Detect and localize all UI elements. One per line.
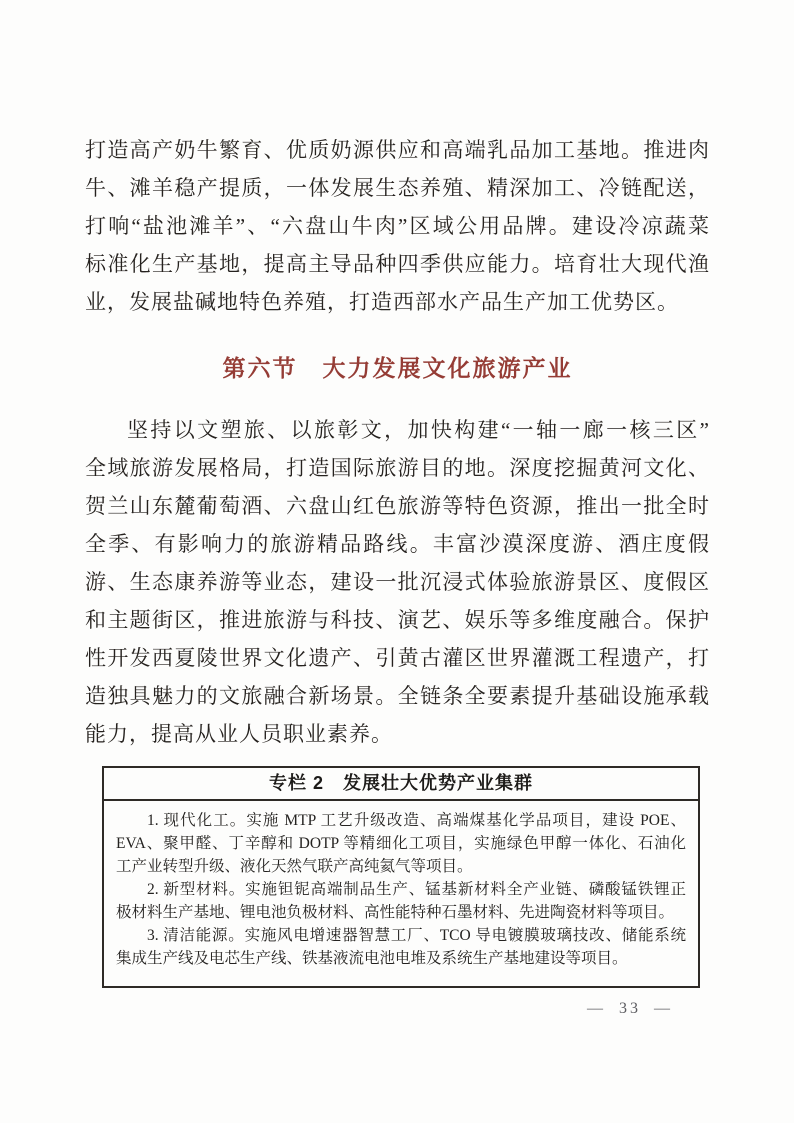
- text-line: 标准化生产基地，提高主导品种四季供应能力。培育壮大现代渔: [85, 245, 710, 283]
- text-line: 1. 现代化工。实施 MTP 工艺升级改造、高端煤基化学品项目，建设 POE、: [116, 809, 686, 832]
- callout-box: 专栏 2 发展壮大优势产业集群 1. 现代化工。实施 MTP 工艺升级改造、高端…: [102, 766, 700, 988]
- text-line: 能力，提高从业人员职业素养。: [85, 715, 710, 753]
- paragraph-culture-tourism: 坚持以文塑旅、以旅彰文，加快构建“一轴一廊一核三区”全域旅游发展格局，打造国际旅…: [85, 411, 710, 753]
- text-line: 集成生产线及电芯生产线、铁基液流电池电堆及系统生产基地建设等项目。: [116, 947, 686, 970]
- text-line: 打造高产奶牛繁育、优质奶源供应和高端乳品加工基地。推进肉: [85, 131, 710, 169]
- callout-box-content: 1. 现代化工。实施 MTP 工艺升级改造、高端煤基化学品项目，建设 POE、E…: [104, 801, 698, 986]
- text-line: 工产业转型升级、液化天然气联产高纯氦气等项目。: [116, 855, 686, 878]
- text-line: 2. 新型材料。实施钽铌高端制品生产、锰基新材料全产业链、磷酸锰铁锂正: [116, 878, 686, 901]
- text-line: 全季、有影响力的旅游精品路线。丰富沙漠深度游、酒庄度假: [85, 525, 710, 563]
- page-number: — 33 —: [555, 1000, 705, 1018]
- text-line: 3. 清洁能源。实施风电增速器智慧工厂、TCO 导电镀膜玻璃技改、储能系统: [116, 924, 686, 947]
- text-line: 打响“盐池滩羊”、“六盘山牛肉”区域公用品牌。建设冷凉蔬菜: [85, 207, 710, 245]
- section-heading: 第六节 大力发展文化旅游产业: [85, 351, 710, 385]
- text-line: 业，发展盐碱地特色养殖，打造西部水产品生产加工优势区。: [85, 283, 710, 321]
- box-item-new-materials: 2. 新型材料。实施钽铌高端制品生产、锰基新材料全产业链、磷酸锰铁锂正极材料生产…: [116, 878, 686, 924]
- document-page: 打造高产奶牛繁育、优质奶源供应和高端乳品加工基地。推进肉牛、滩羊稳产提质，一体发…: [0, 0, 794, 1123]
- text-line: 和主题街区，推进旅游与科技、演艺、娱乐等多维度融合。保护: [85, 601, 710, 639]
- text-line: 全域旅游发展格局，打造国际旅游目的地。深度挖掘黄河文化、: [85, 449, 710, 487]
- text-line: EVA、聚甲醛、丁辛醇和 DOTP 等精细化工项目，实施绿色甲醇一体化、石油化: [116, 832, 686, 855]
- text-line: 坚持以文塑旅、以旅彰文，加快构建“一轴一廊一核三区”: [85, 411, 710, 449]
- box-item-clean-energy: 3. 清洁能源。实施风电增速器智慧工厂、TCO 导电镀膜玻璃技改、储能系统集成生…: [116, 924, 686, 970]
- text-line: 游、生态康养游等业态，建设一批沉浸式体验旅游景区、度假区: [85, 563, 710, 601]
- box-item-modern-chemical: 1. 现代化工。实施 MTP 工艺升级改造、高端煤基化学品项目，建设 POE、E…: [116, 809, 686, 878]
- text-line: 极材料生产基地、锂电池负极材料、高性能特种石墨材料、先进陶瓷材料等项目。: [116, 901, 686, 924]
- text-line: 造独具魅力的文旅融合新场景。全链条全要素提升基础设施承载: [85, 677, 710, 715]
- paragraph-agriculture: 打造高产奶牛繁育、优质奶源供应和高端乳品加工基地。推进肉牛、滩羊稳产提质，一体发…: [85, 131, 710, 321]
- callout-box-title: 专栏 2 发展壮大优势产业集群: [104, 768, 698, 801]
- text-line: 贺兰山东麓葡萄酒、六盘山红色旅游等特色资源，推出一批全时: [85, 487, 710, 525]
- text-line: 性开发西夏陵世界文化遗产、引黄古灌区世界灌溉工程遗产，打: [85, 639, 710, 677]
- text-line: 牛、滩羊稳产提质，一体发展生态养殖、精深加工、冷链配送，: [85, 169, 710, 207]
